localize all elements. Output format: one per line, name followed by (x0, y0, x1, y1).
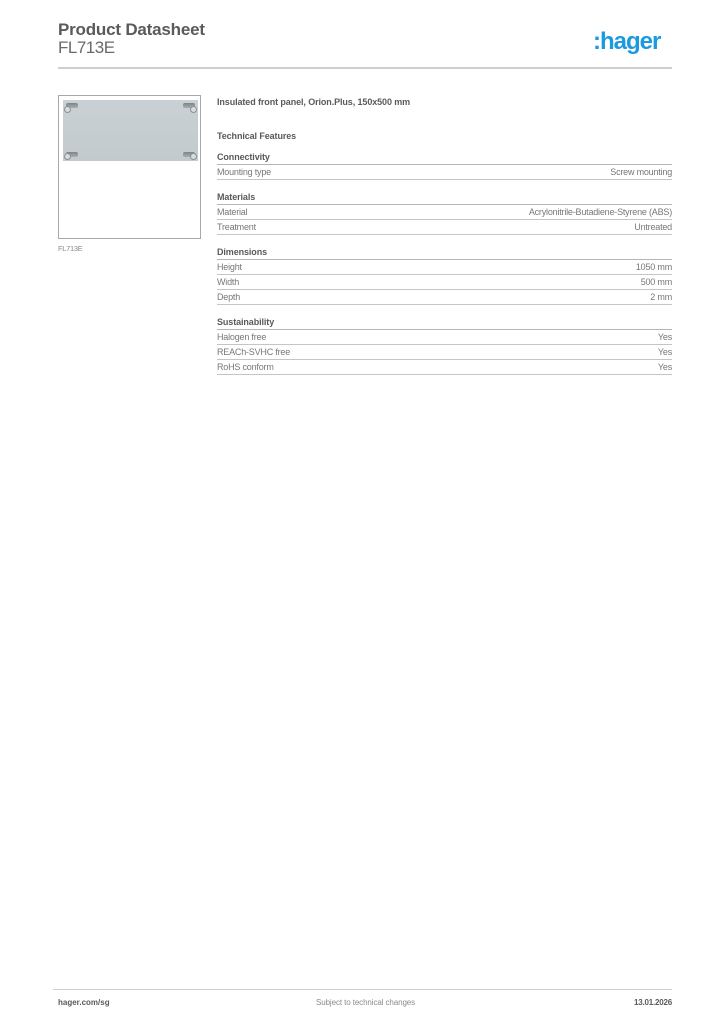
spec-row: Depth2 mm (217, 290, 672, 305)
hager-logo: :hager (593, 28, 660, 56)
spec-label: Treatment (217, 221, 256, 234)
spec-value: Yes (658, 346, 672, 359)
image-caption: FL713E (58, 244, 82, 253)
spec-label: Width (217, 276, 239, 289)
spec-section-sustainability: SustainabilityHalogen freeYesREACh-SVHC … (217, 316, 672, 375)
screw-icon (190, 106, 197, 113)
spec-value: Acrylonitrile-Butadiene-Styrene (ABS) (529, 206, 672, 219)
front-panel-illustration (63, 100, 198, 161)
spec-section-dimensions: DimensionsHeight1050 mmWidth500 mmDepth2… (217, 246, 672, 305)
product-image (58, 95, 201, 239)
spec-content: Insulated front panel, Orion.Plus, 150x5… (217, 95, 672, 375)
spec-value: Screw mounting (610, 166, 672, 179)
footer-divider (53, 989, 672, 990)
header-divider (58, 67, 672, 69)
footer-notice: Subject to technical changes (316, 998, 415, 1007)
spec-row: Mounting typeScrew mounting (217, 165, 672, 180)
section-title: Dimensions (217, 246, 672, 260)
spec-label: RoHS conform (217, 361, 274, 374)
screw-icon (64, 153, 71, 160)
spec-row: REACh-SVHC freeYes (217, 345, 672, 360)
spec-value: 2 mm (650, 291, 672, 304)
screw-icon (190, 153, 197, 160)
spec-value: 500 mm (641, 276, 672, 289)
spec-label: Material (217, 206, 247, 219)
screw-icon (64, 106, 71, 113)
spec-section-materials: MaterialsMaterialAcrylonitrile-Butadiene… (217, 191, 672, 235)
spec-label: REACh-SVHC free (217, 346, 290, 359)
spec-sections: ConnectivityMounting typeScrew mountingM… (217, 151, 672, 375)
spec-row: Height1050 mm (217, 260, 672, 275)
spec-value: Yes (658, 331, 672, 344)
footer-website-link[interactable]: hager.com/sg (58, 998, 110, 1007)
spec-section-connectivity: ConnectivityMounting typeScrew mounting (217, 151, 672, 180)
spec-row: MaterialAcrylonitrile-Butadiene-Styrene … (217, 205, 672, 220)
spec-label: Depth (217, 291, 240, 304)
spec-value: Untreated (634, 221, 672, 234)
spec-label: Mounting type (217, 166, 271, 179)
product-description: Insulated front panel, Orion.Plus, 150x5… (217, 95, 672, 109)
technical-features-heading: Technical Features (217, 129, 672, 143)
product-code: FL713E (58, 38, 115, 58)
spec-row: RoHS conformYes (217, 360, 672, 375)
spec-label: Height (217, 261, 242, 274)
section-title: Materials (217, 191, 672, 205)
section-title: Sustainability (217, 316, 672, 330)
footer-date: 13.01.2026 (634, 998, 672, 1007)
spec-row: Halogen freeYes (217, 330, 672, 345)
spec-label: Halogen free (217, 331, 266, 344)
spec-value: Yes (658, 361, 672, 374)
page-title: Product Datasheet (58, 20, 205, 40)
spec-value: 1050 mm (636, 261, 672, 274)
spec-row: Width500 mm (217, 275, 672, 290)
spec-row: TreatmentUntreated (217, 220, 672, 235)
section-title: Connectivity (217, 151, 672, 165)
